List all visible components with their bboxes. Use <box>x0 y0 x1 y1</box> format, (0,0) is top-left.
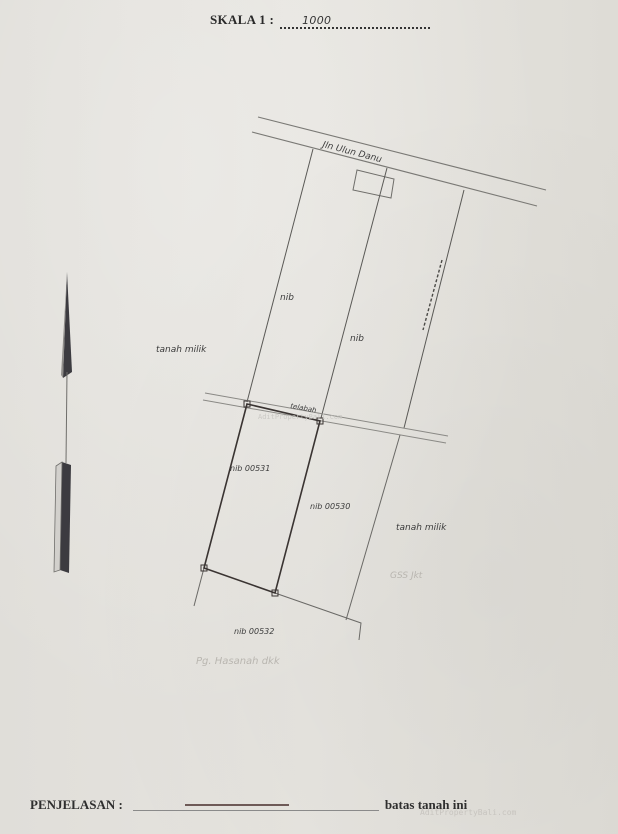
parcel-label-00530: nib 00530 <box>310 502 350 511</box>
boundary-mark <box>423 260 442 330</box>
parcel-label-upper-right: nib <box>350 334 364 344</box>
owned-land-label-left: tanah milik <box>156 345 207 355</box>
faint-annotation-gss: GSS Jkt <box>390 571 423 581</box>
faint-annotation-owner: Pg. Hasanah dkk <box>196 656 281 667</box>
boundary-line-sample <box>185 804 289 806</box>
building-box <box>353 170 394 198</box>
owned-land-label-right: tanah milik <box>396 523 447 533</box>
corner-markers <box>201 401 323 596</box>
parcel-label-upper-left: nib <box>280 293 294 303</box>
road <box>252 117 546 206</box>
parcel-label-00531: nib 00531 <box>230 464 270 473</box>
watermark: AditPropertyBali.com <box>420 808 516 817</box>
legend-label: PENJELASAN : <box>30 797 123 813</box>
legend: PENJELASAN : batas tanah ini <box>30 797 467 813</box>
watermark-center: AditPropertyBali.com <box>258 413 342 421</box>
parcel-lines-lower <box>194 435 400 640</box>
highlighted-parcel <box>204 404 320 593</box>
parcel-label-00532: nib 00532 <box>234 627 274 636</box>
legend-line <box>133 800 379 811</box>
north-arrow-icon <box>54 272 72 573</box>
